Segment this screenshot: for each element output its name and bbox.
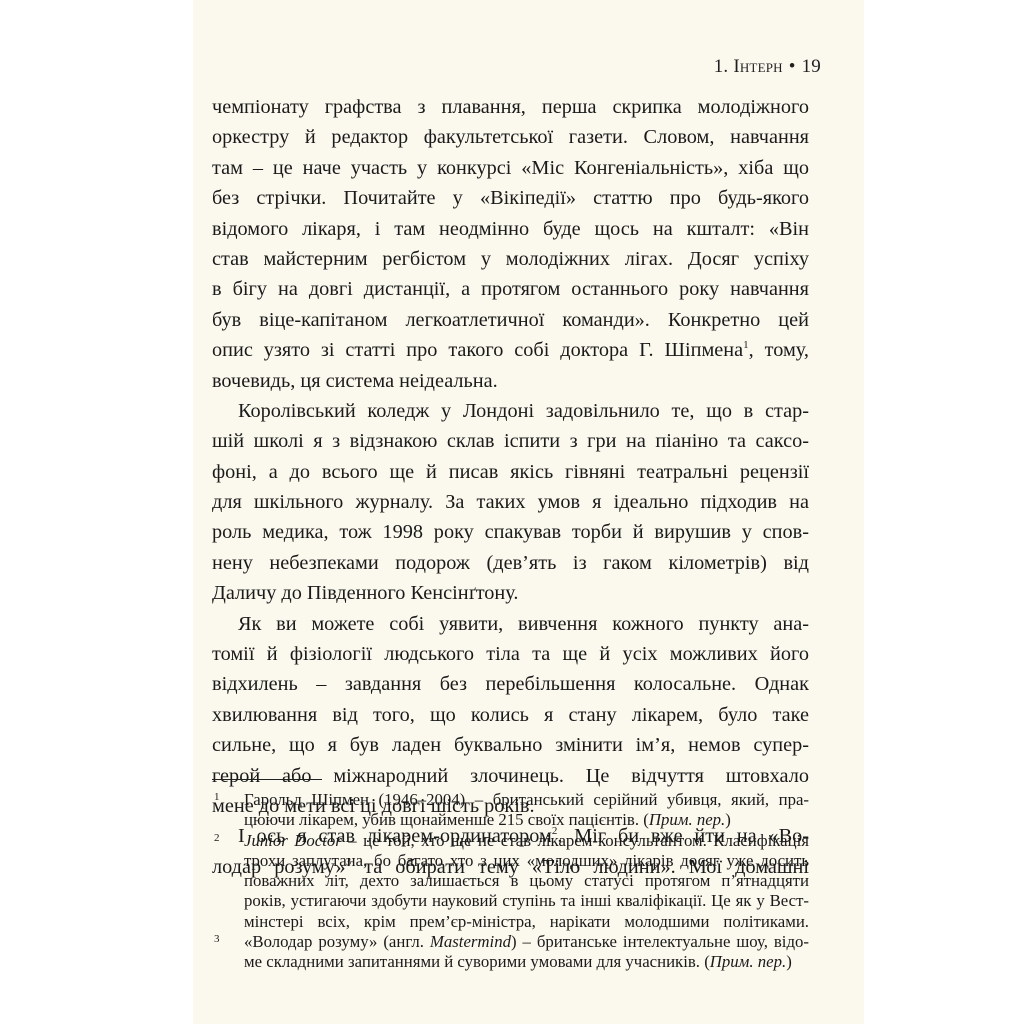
text-line: сильне, що я був ладен буквально змінити… bbox=[212, 730, 809, 760]
english-term: Junior Doctor bbox=[244, 831, 342, 850]
footnote-number: 2 bbox=[214, 828, 220, 848]
paragraph-start-line: Як ви можете собі уявити, вивчення кожно… bbox=[212, 609, 809, 639]
footnote-line: Junior Doctor – це той, хто ще не став л… bbox=[244, 831, 809, 851]
text-line: там – це наче участь у конкурсі «Міс Кон… bbox=[212, 153, 809, 183]
book-page: 1. Інтерн•19 чемпіонату графства з плава… bbox=[193, 0, 864, 1024]
text-line: для шкільного журналу. За таких умов я і… bbox=[212, 487, 809, 517]
translator-note-label: Прим. пер. bbox=[649, 810, 725, 829]
footnotes: 1 Гарольд Шіпмен (1946–2004) – британськ… bbox=[212, 790, 809, 973]
text-line: шій школі я з відзнакою склав іспити з г… bbox=[212, 426, 809, 456]
text-line: став майстерним регбістом у молодіжних л… bbox=[212, 244, 809, 274]
footnote-3: 3 «Володар розуму» (англ. Mastermind) – … bbox=[212, 932, 809, 973]
text-fragment: , тому, bbox=[749, 339, 809, 361]
text-line: томії й фізіології людського тіла та ще … bbox=[212, 639, 809, 669]
text-fragment: ) bbox=[725, 810, 731, 829]
text-line: був віце-капітаном легкоатлетичної коман… bbox=[212, 305, 809, 335]
footnote-line: «Володар розуму» (англ. Mastermind) – бр… bbox=[244, 932, 809, 952]
running-head: 1. Інтерн•19 bbox=[714, 56, 821, 78]
page-number: 19 bbox=[802, 56, 821, 77]
text-fragment: ) bbox=[786, 952, 792, 971]
footnote-line: поважних літ, дехто залишається в цьому … bbox=[244, 871, 809, 891]
text-fragment: – це той, хто ще не став лікарем-консуль… bbox=[342, 831, 809, 850]
text-fragment: ) – британське інтелектуальне шоу, відо- bbox=[511, 932, 809, 951]
text-fragment: ме складними запитаннями й суворими умов… bbox=[244, 952, 710, 971]
text-line: опис узято зі статті про такого собі док… bbox=[212, 335, 809, 365]
chapter-title: 1. Інтерн bbox=[714, 56, 783, 77]
paragraph-start-line: Королівський коледж у Лондоні задовільни… bbox=[212, 396, 809, 426]
text-line: фоні, а до всього ще й писав якісь гівня… bbox=[212, 457, 809, 487]
text-line: хвилювання від того, що колись я стану л… bbox=[212, 700, 809, 730]
text-line: нену небезпеками подорож (дев’ять із гак… bbox=[212, 548, 809, 578]
footnote-line: років, устигаючи здобути науковий ступін… bbox=[244, 891, 809, 911]
translator-note-label: Прим. пер. bbox=[710, 952, 786, 971]
text-fragment: опис узято зі статті про такого собі док… bbox=[212, 339, 743, 361]
footnote-1: 1 Гарольд Шіпмен (1946–2004) – британськ… bbox=[212, 790, 809, 831]
text-line: відхилень – завдання без перебільшення к… bbox=[212, 669, 809, 699]
english-title: Mastermind bbox=[430, 932, 511, 951]
text-line: оркестру й редактор факультетської газет… bbox=[212, 122, 809, 152]
footnote-number: 3 bbox=[214, 929, 220, 949]
body-text: чемпіонату графства з плавання, перша ск… bbox=[212, 92, 809, 882]
text-fragment: «Володар розуму» (англ. bbox=[244, 932, 430, 951]
text-line: чемпіонату графства з плавання, перша ск… bbox=[212, 92, 809, 122]
text-line: без стрічки. Почитайте у «Вікіпедії» ста… bbox=[212, 183, 809, 213]
text-line: Даличу до Південного Кенсінґтону. bbox=[212, 578, 809, 608]
footnote-separator-rule bbox=[212, 779, 322, 780]
footnote-number: 1 bbox=[214, 787, 220, 807]
separator-bullet: • bbox=[789, 56, 796, 77]
footnote-line: мінстері всіх, крім прем’єр-міністра, на… bbox=[244, 912, 809, 932]
text-line: герой або міжнародний злочинець. Це відч… bbox=[212, 761, 809, 791]
text-fragment: цюючи лікарем, убив щонайменше 215 своїх… bbox=[244, 810, 649, 829]
footnote-line: Гарольд Шіпмен (1946–2004) – британський… bbox=[244, 790, 809, 810]
text-line: вочевидь, ця система неідеальна. bbox=[212, 366, 809, 396]
footnote-2: 2 Junior Doctor – це той, хто ще не став… bbox=[212, 831, 809, 932]
footnote-line: ме складними запитаннями й суворими умов… bbox=[244, 952, 809, 972]
footnote-line: цюючи лікарем, убив щонайменше 215 своїх… bbox=[244, 810, 809, 830]
footnote-line: трохи заплутана, бо багато хто з цих «мо… bbox=[244, 851, 809, 871]
text-line: відомого лікаря, і там неодмінно буде що… bbox=[212, 214, 809, 244]
text-line: роль медика, тож 1998 року спакував торб… bbox=[212, 517, 809, 547]
text-line: в бігу на довгі дистанції, а протягом ос… bbox=[212, 274, 809, 304]
